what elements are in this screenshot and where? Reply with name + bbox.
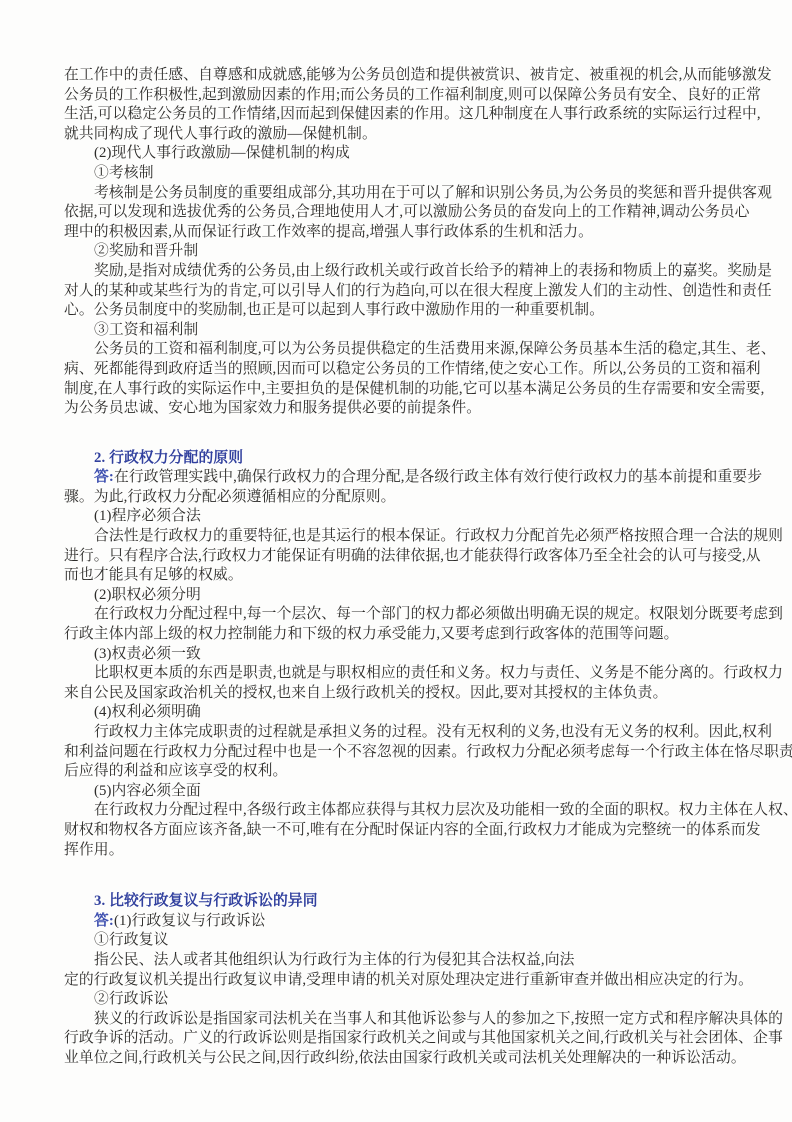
section-gap xyxy=(64,860,730,892)
text-line: 进行。只有程序合法,行政权力才能保证有明确的法律依据,也才能获得行政客体乃至全社… xyxy=(64,547,730,567)
text-line: 财权和物权各方面应该齐备,缺一不可,唯有在分配时保证内容的全面,行政权力才能成为… xyxy=(64,821,730,841)
text-line: 公务员的工作积极性,起到激励因素的作用;而公务员的工作福利制度,则可以保障公务员… xyxy=(64,86,730,106)
text-line: 后应得的利益和应该享受的权利。 xyxy=(64,762,730,782)
answer-text: 在行政管理实践中,确保行政权力的合理分配,是各级行政主体有效行使行政权力的基本前… xyxy=(114,469,762,485)
text-line: (4)权利必须明确 xyxy=(64,703,730,723)
answer-line: 答:在行政管理实践中,确保行政权力的合理分配,是各级行政主体有效行使行政权力的基… xyxy=(64,468,730,488)
text-line: 和利益问题在行政权力分配过程中也是一个不容忽视的因素。行政权力分配必须考虑每一个… xyxy=(64,743,730,763)
text-line: ②行政诉讼 xyxy=(64,990,730,1010)
text-line: 奖励,是指对成绩优秀的公务员,由上级行政机关或行政首长给予的精神上的表扬和物质上… xyxy=(64,262,730,282)
text-line: 心。公务员制度中的奖励制,也正是可以起到人事行政中激励作用的一种重要机制。 xyxy=(64,301,730,321)
text-line: 为公务员忠诚、安心地为国家效力和服务提供必要的前提条件。 xyxy=(64,399,730,419)
text-line: 制度,在人事行政的实际运作中,主要担负的是保健机制的功能,它可以基本满足公务员的… xyxy=(64,380,730,400)
text-line: 理中的积极因素,从而保证行政工作效率的提高,增强人事行政体系的生机和活力。 xyxy=(64,223,730,243)
text-line: 对人的某种或某些行为的肯定,可以引导人们的行为趋向,可以在很大程度上激发人们的主… xyxy=(64,282,730,302)
text-line: 指公民、法人或者其他组织认为行政行为主体的行为侵犯其合法权益,向法 xyxy=(64,951,730,971)
document-content: 在工作中的责任感、自尊感和成就感,能够为公务员创造和提供被赏识、被肯定、被重视的… xyxy=(64,66,730,1069)
text-line: 公务员的工资和福利制度,可以为公务员提供稳定的生活费用来源,保障公务员基本生活的… xyxy=(64,340,730,360)
text-line: 比职权更本质的东西是职责,也就是与职权相应的责任和义务。权力与责任、义务是不能分… xyxy=(64,664,730,684)
text-line: (2)现代人事行政激励—保健机制的构成 xyxy=(64,144,730,164)
text-line: 定的行政复议机关提出行政复议申请,受理申请的机关对原处理决定进行重新审查并做出相… xyxy=(64,971,730,991)
text-line: 而也才能具有足够的权威。 xyxy=(64,566,730,586)
text-line: ①行政复议 xyxy=(64,931,730,951)
section-heading: 3. 比较行政复议与行政诉讼的异同 xyxy=(64,892,730,912)
text-line: 业单位之间,行政机关与公民之间,因行政纠纷,依法由国家行政机关或司法机关处理解决… xyxy=(64,1049,730,1069)
text-line: 狭义的行政诉讼是指国家司法机关在当事人和其他诉讼参与人的参加之下,按照一定方式和… xyxy=(64,1010,730,1030)
text-line: (2)职权必须分明 xyxy=(64,586,730,606)
text-line: 在行政权力分配过程中,每一个层次、每一个部门的权力都必须做出明确无误的规定。权限… xyxy=(64,605,730,625)
text-line: 在工作中的责任感、自尊感和成就感,能够为公务员创造和提供被赏识、被肯定、被重视的… xyxy=(64,66,730,86)
text-line: 行政主体内部上级的权力控制能力和下级的权力承受能力,又要考虑到行政客体的范围等问… xyxy=(64,625,730,645)
text-line: ③工资和福利制 xyxy=(64,321,730,341)
answer-label: 答: xyxy=(94,913,114,929)
text-line: 病、死都能得到政府适当的照顾,因而可以稳定公务员的工作情绪,使之安心工作。所以,… xyxy=(64,360,730,380)
section-gap xyxy=(64,419,730,449)
text-line: ②奖励和晋升制 xyxy=(64,242,730,262)
text-line: 就共同构成了现代人事行政的激励—保健机制。 xyxy=(64,125,730,145)
text-line: 挥作用。 xyxy=(64,841,730,861)
answer-label: 答: xyxy=(94,469,114,485)
text-line: 行政权力主体完成职责的过程就是承担义务的过程。没有无权利的义务,也没有无义务的权… xyxy=(64,723,730,743)
text-line: 行政争诉的活动。广义的行政诉讼则是指国家行政机关之间或与其他国家机关之间,行政机… xyxy=(64,1029,730,1049)
text-line: (1)程序必须合法 xyxy=(64,507,730,527)
text-line: 合法性是行政权力的重要特征,也是其运行的根本保证。行政权力分配首先必须严格按照合… xyxy=(64,527,730,547)
answer-line: 答:(1)行政复议与行政诉讼 xyxy=(64,912,730,932)
document-page: 在工作中的责任感、自尊感和成就感,能够为公务员创造和提供被赏识、被肯定、被重视的… xyxy=(0,0,792,1122)
text-line: 骤。为此,行政权力分配必须遵循相应的分配原则。 xyxy=(64,488,730,508)
text-line: 生活,可以稳定公务员的工作情绪,因而起到保健因素的作用。这几种制度在人事行政系统… xyxy=(64,105,730,125)
text-line: (5)内容必须全面 xyxy=(64,782,730,802)
text-line: 依据,可以发现和选拔优秀的公务员,合理地使用人才,可以激励公务员的奋发向上的工作… xyxy=(64,203,730,223)
text-line: ①考核制 xyxy=(64,164,730,184)
text-line: 来自公民及国家政治机关的授权,也来自上级行政机关的授权。因此,要对其授权的主体负… xyxy=(64,684,730,704)
section-heading: 2. 行政权力分配的原则 xyxy=(64,449,730,469)
text-line: 考核制是公务员制度的重要组成部分,其功用在于可以了解和识别公务员,为公务员的奖惩… xyxy=(64,184,730,204)
text-line: (3)权责必须一致 xyxy=(64,645,730,665)
answer-text: (1)行政复议与行政诉讼 xyxy=(114,913,266,929)
text-line: 在行政权力分配过程中,各级行政主体都应获得与其权力层次及功能相一致的全面的职权。… xyxy=(64,801,730,821)
